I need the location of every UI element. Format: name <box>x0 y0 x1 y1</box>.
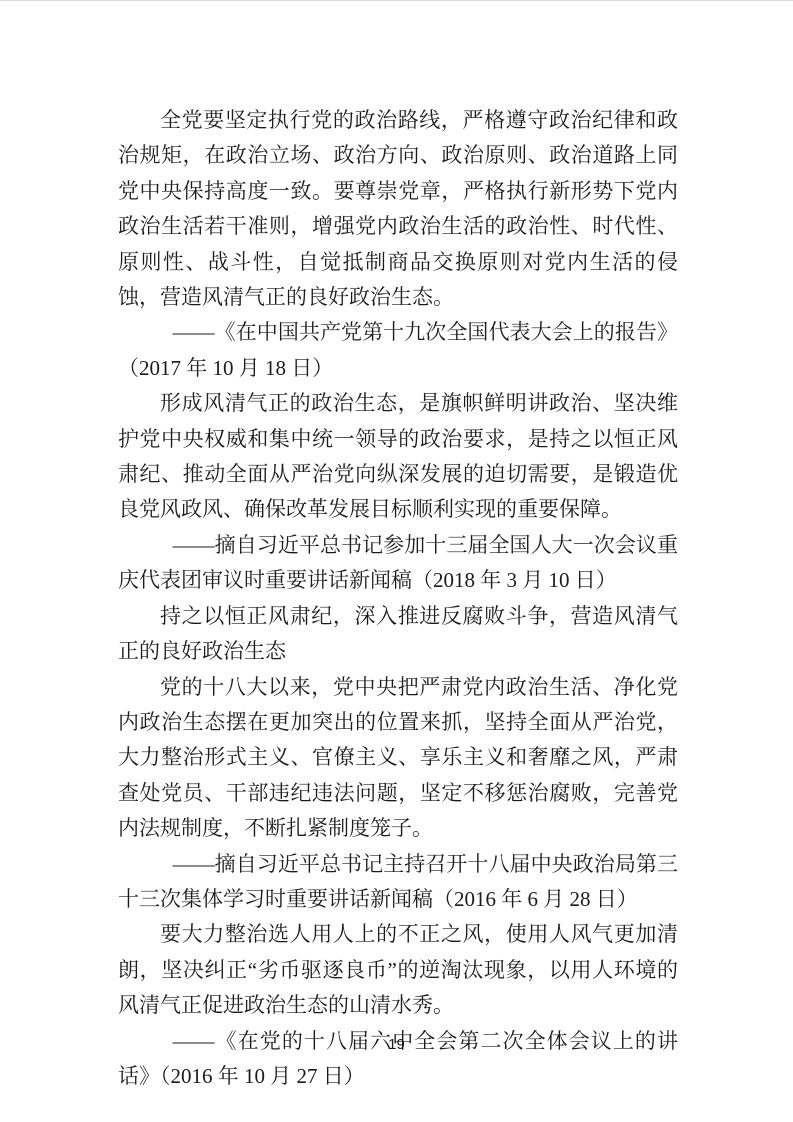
body-paragraph: 形成风清气正的政治生态，是旗帜鲜明讲政治、坚决维护党中央权威和集中统一领导的政治… <box>118 386 678 528</box>
document-page: 全党要坚定执行党的政治路线，严格遵守政治纪律和政治规矩，在政治立场、政治方向、政… <box>0 0 793 1122</box>
body-paragraph: 要大力整治选人用人上的不正之风，使用人风气更加清朗，坚决纠正“劣币驱逐良币”的逆… <box>118 917 678 1023</box>
citation-paragraph: ——《在中国共产党第十九次全国代表大会上的报告》（2017 年 10 月 18 … <box>118 315 678 386</box>
document-text-block: 全党要坚定执行党的政治路线，严格遵守政治纪律和政治规矩，在政治立场、政治方向、政… <box>118 103 678 1094</box>
citation-paragraph: ——摘自习近平总书记主持召开十八届中央政治局第三十三次集体学习时重要讲话新闻稿（… <box>118 847 678 918</box>
section-heading: 持之以恒正风肃纪，深入推进反腐败斗争，营造风清气正的良好政治生态 <box>118 599 678 670</box>
citation-paragraph: ——摘自习近平总书记参加十三届全国人大一次会议重庆代表团审议时重要讲话新闻稿（2… <box>118 528 678 599</box>
page-number: 19 <box>0 1036 793 1053</box>
citation-paragraph: ——《在党的十八届六中全会第二次全体会议上的讲话》（2016 年 10 月 27… <box>118 1024 678 1095</box>
body-paragraph: 党的十八大以来，党中央把严肃党内政治生活、净化党内政治生态摆在更加突出的位置来抓… <box>118 670 678 847</box>
body-paragraph: 全党要坚定执行党的政治路线，严格遵守政治纪律和政治规矩，在政治立场、政治方向、政… <box>118 103 678 315</box>
